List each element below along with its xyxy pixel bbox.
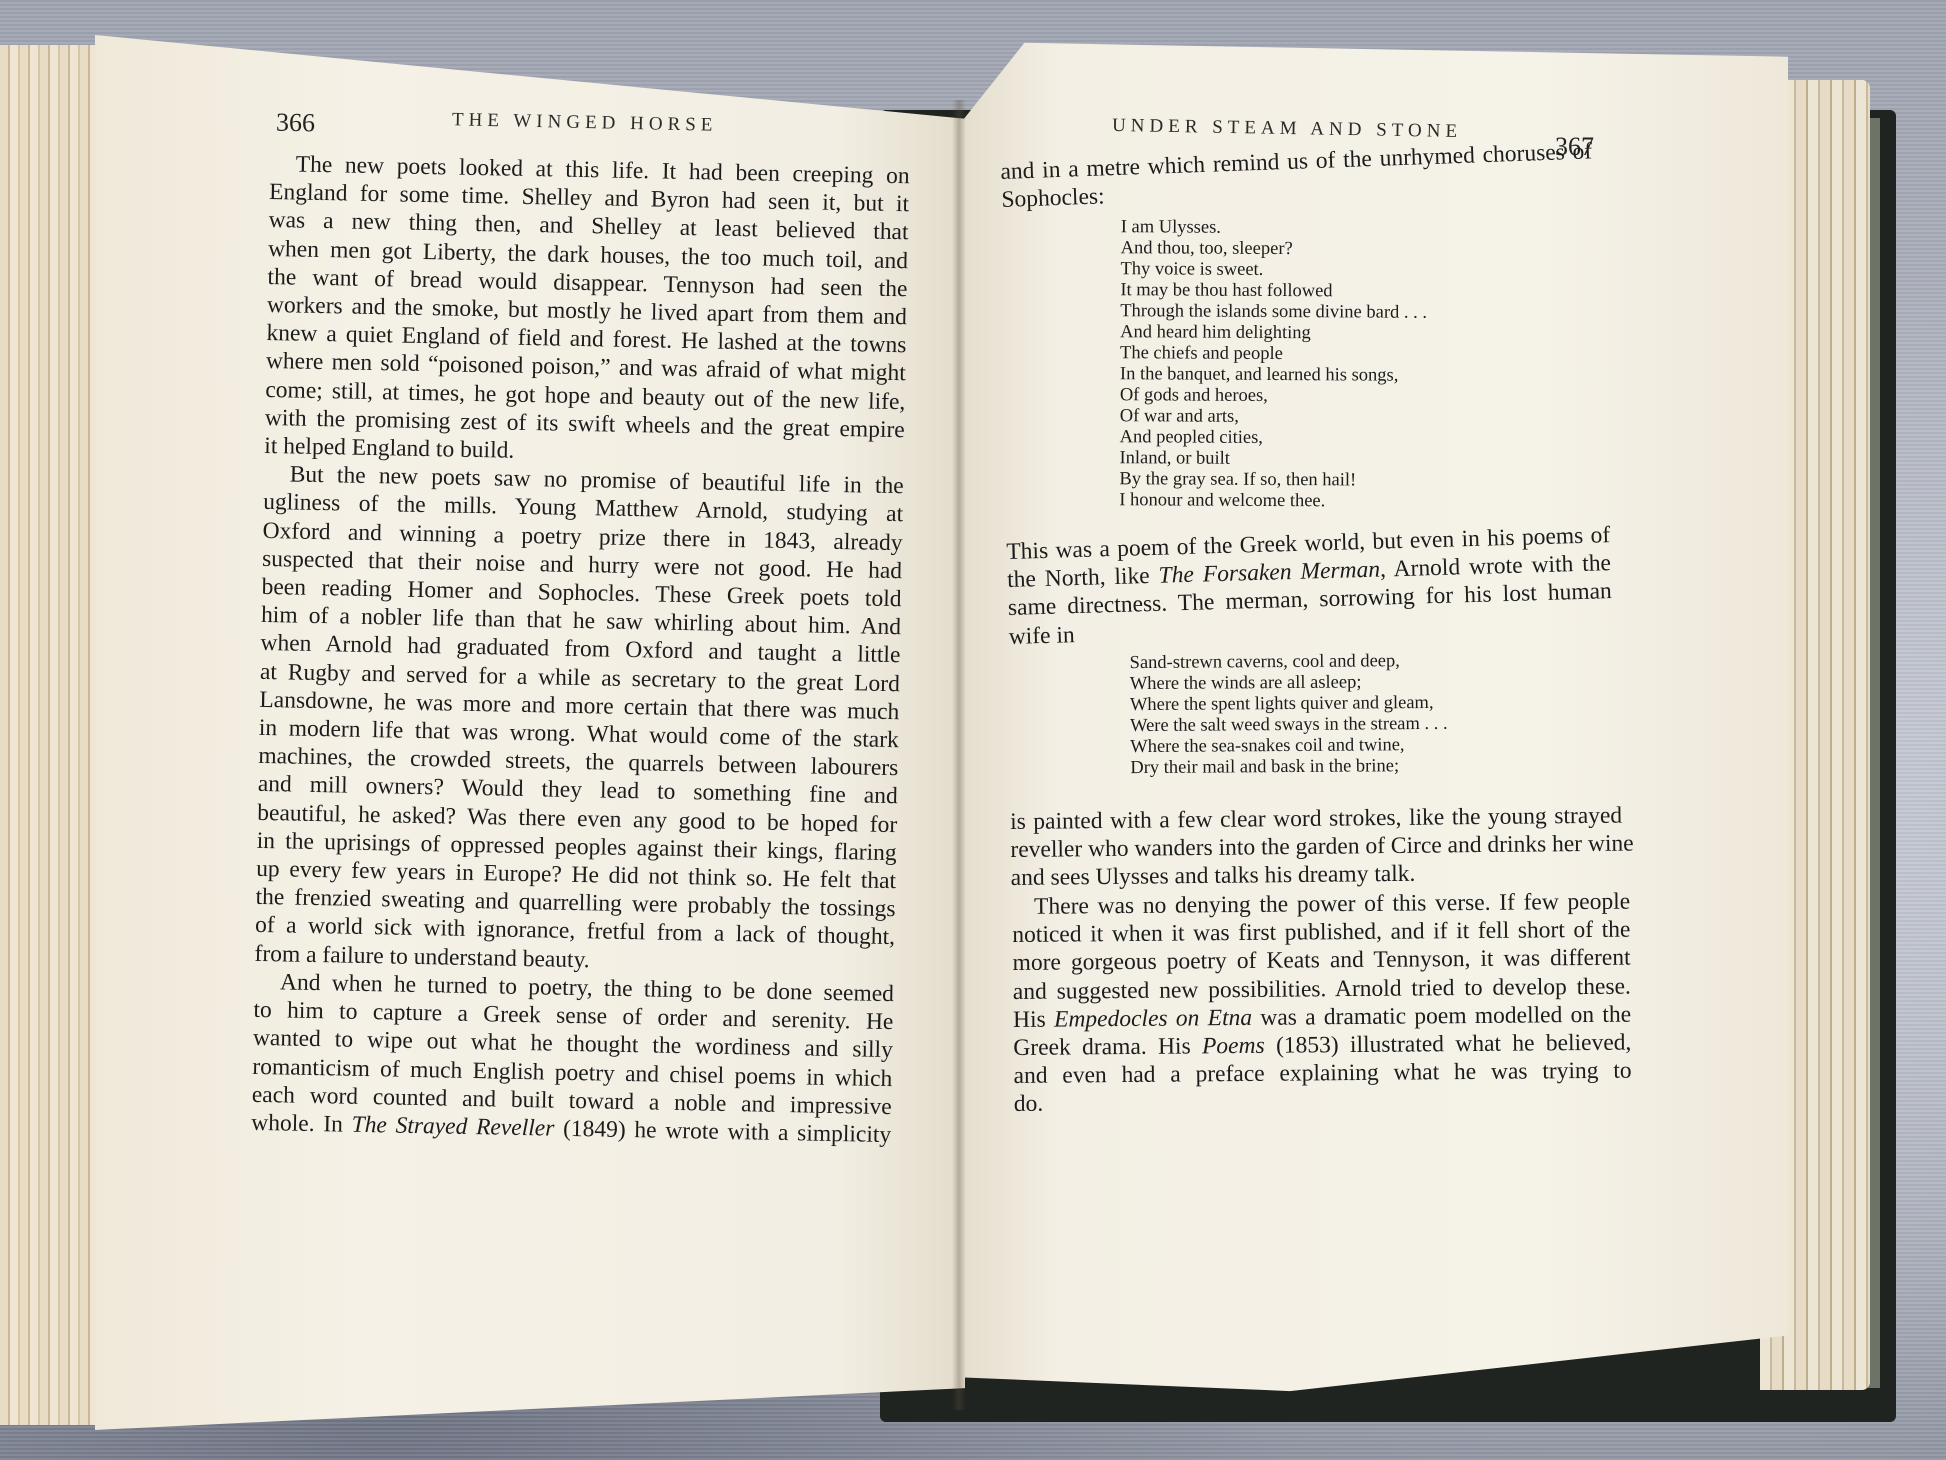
left-folio: 366 <box>276 108 316 139</box>
verse-line: Where the spent lights quiver and gleam, <box>1130 693 1448 716</box>
title-italic: The Strayed Reveller <box>351 1112 554 1142</box>
right-para-4: There was no denying the power of this v… <box>1012 888 1632 1119</box>
poem-ulysses: I am Ulysses.And thou, too, sleeper?Thy … <box>1119 217 1427 513</box>
verse-line: And peopled cities, <box>1120 427 1427 450</box>
verse-line: I honour and welcome thee. <box>1119 490 1426 513</box>
verse-line: Where the sea-snakes coil and twine, <box>1130 735 1448 758</box>
verse-line: Thy voice is sweet. <box>1120 259 1427 282</box>
poem-merman: Sand-strewn caverns, cool and deep,Where… <box>1130 651 1448 779</box>
verse-line: By the gray sea. If so, then hail! <box>1119 469 1426 492</box>
verse-line: It may be thou hast followed <box>1120 280 1427 303</box>
left-page-edges <box>0 45 100 1425</box>
title-italic: Empedocles on Etna <box>1054 1005 1252 1033</box>
verse-line: Of war and arts, <box>1120 406 1427 429</box>
right-para-3: is painted with a few clear word strokes… <box>1010 802 1623 893</box>
verse-line: I am Ulysses. <box>1121 217 1428 240</box>
verse-line: The chiefs and people <box>1120 343 1427 366</box>
verse-line: Through the islands some divine bard . .… <box>1120 301 1427 324</box>
verse-line: Dry their mail and bask in the brine; <box>1130 756 1448 779</box>
verse-line: Sand-strewn caverns, cool and deep, <box>1130 651 1448 674</box>
verse-line: And thou, too, sleeper? <box>1121 238 1428 261</box>
book-gutter <box>952 100 966 1410</box>
verse-line: Inland, or built <box>1119 448 1426 471</box>
verse-line: Where the winds are all asleep; <box>1130 672 1448 695</box>
verse-line: And heard him delighting <box>1120 322 1427 345</box>
verse-line: Of gods and heroes, <box>1120 385 1427 408</box>
text-line: do. <box>1014 1085 1632 1119</box>
verse-line: Were the salt weed sways in the stream .… <box>1130 714 1448 737</box>
title-italic: Poems <box>1202 1033 1265 1060</box>
right-para-2: This was a poem of the Greek world, but … <box>1006 521 1613 651</box>
verse-line: In the banquet, and learned his songs, <box>1120 364 1427 387</box>
text-line: and even had a preface explaining what h… <box>1013 1057 1631 1091</box>
left-body-text: The new poets looked at this life. It ha… <box>251 150 910 1149</box>
